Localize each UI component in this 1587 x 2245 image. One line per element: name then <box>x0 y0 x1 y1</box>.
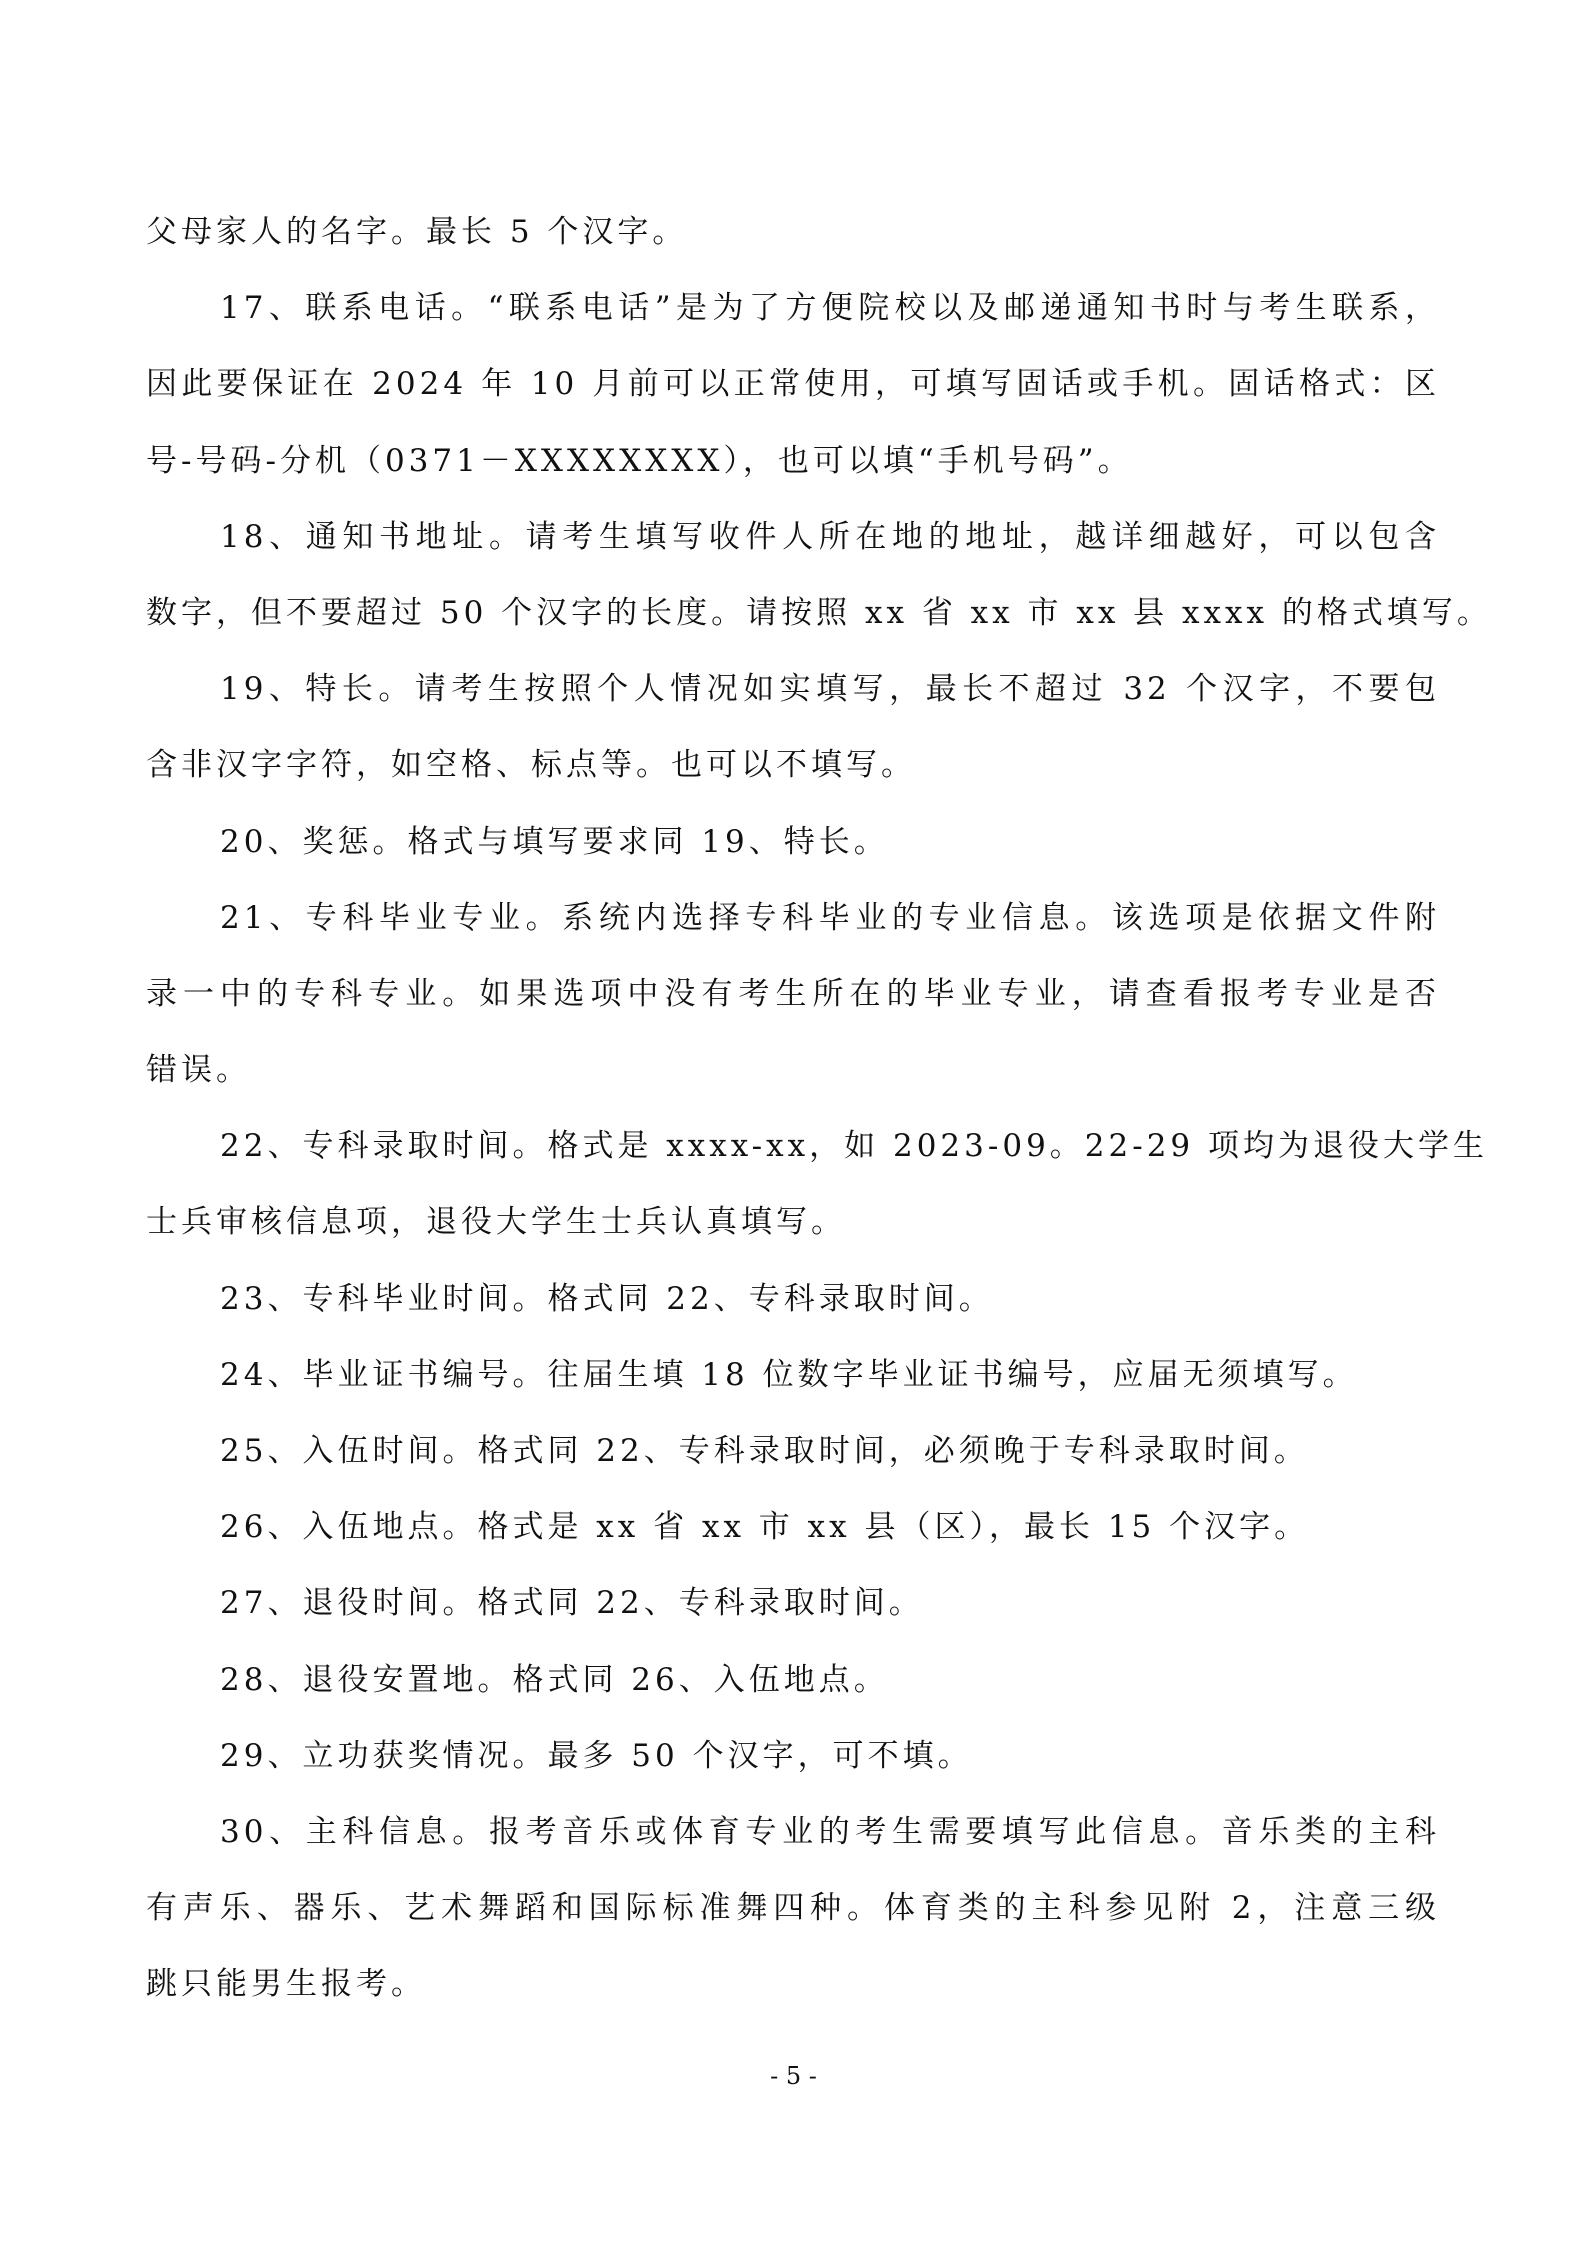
item-18-line-1: 18、通知书地址。请考生填写收件人所在地的地址，越详细越好，可以包含 <box>146 499 1440 575</box>
item-30-line-3: 跳只能男生报考。 <box>146 1946 1440 2022</box>
item-19-line-1: 19、特长。请考生按照个人情况如实填写，最长不超过 32 个汉字，不要包 <box>146 651 1440 727</box>
item-27-line-1: 27、退役时间。格式同 22、专科录取时间。 <box>146 1565 1440 1641</box>
item-29-line-1: 29、立功获奖情况。最多 50 个汉字，可不填。 <box>146 1718 1440 1794</box>
document-page: 父母家人的名字。最长 5 个汉字。 17、联系电话。“联系电话”是为了方便院校以… <box>0 0 1587 2245</box>
item-24-line-1: 24、毕业证书编号。往届生填 18 位数字毕业证书编号，应届无须填写。 <box>146 1337 1440 1413</box>
page-number: - 5 - <box>0 2062 1587 2090</box>
item-30-line-1: 30、主科信息。报考音乐或体育专业的考生需要填写此信息。音乐类的主科 <box>146 1794 1440 1870</box>
item-30-line-2: 有声乐、器乐、艺术舞蹈和国际标准舞四种。体育类的主科参见附 2，注意三级 <box>146 1870 1440 1946</box>
item-21-line-3: 错误。 <box>146 1032 1440 1108</box>
item-22-line-2: 士兵审核信息项，退役大学生士兵认真填写。 <box>146 1184 1440 1260</box>
item-18-line-2: 数字，但不要超过 50 个汉字的长度。请按照 xx 省 xx 市 xx 县 xx… <box>146 575 1440 651</box>
item-19-line-2: 含非汉字字符，如空格、标点等。也可以不填写。 <box>146 727 1440 803</box>
item-17-line-3: 号-号码-分机（0371－XXXXXXXX），也可以填“手机号码”。 <box>146 423 1440 499</box>
item-21-line-1: 21、专科毕业专业。系统内选择专科毕业的专业信息。该选项是依据文件附 <box>146 880 1440 956</box>
item-26-line-1: 26、入伍地点。格式是 xx 省 xx 市 xx 县（区），最长 15 个汉字。 <box>146 1489 1440 1565</box>
item-22-line-1: 22、专科录取时间。格式是 xxxx-xx，如 2023-09。22-29 项均… <box>146 1108 1440 1184</box>
body-text: 父母家人的名字。最长 5 个汉字。 17、联系电话。“联系电话”是为了方便院校以… <box>146 194 1440 2023</box>
paragraph-line: 父母家人的名字。最长 5 个汉字。 <box>146 194 1440 270</box>
item-20-line-1: 20、奖惩。格式与填写要求同 19、特长。 <box>146 804 1440 880</box>
item-17-line-2: 因此要保证在 2024 年 10 月前可以正常使用，可填写固话或手机。固话格式：… <box>146 346 1440 422</box>
item-17-line-1: 17、联系电话。“联系电话”是为了方便院校以及邮递通知书时与考生联系， <box>146 270 1440 346</box>
item-28-line-1: 28、退役安置地。格式同 26、入伍地点。 <box>146 1642 1440 1718</box>
item-25-line-1: 25、入伍时间。格式同 22、专科录取时间，必须晚于专科录取时间。 <box>146 1413 1440 1489</box>
item-23-line-1: 23、专科毕业时间。格式同 22、专科录取时间。 <box>146 1261 1440 1337</box>
item-21-line-2: 录一中的专科专业。如果选项中没有考生所在的毕业专业，请查看报考专业是否 <box>146 956 1440 1032</box>
